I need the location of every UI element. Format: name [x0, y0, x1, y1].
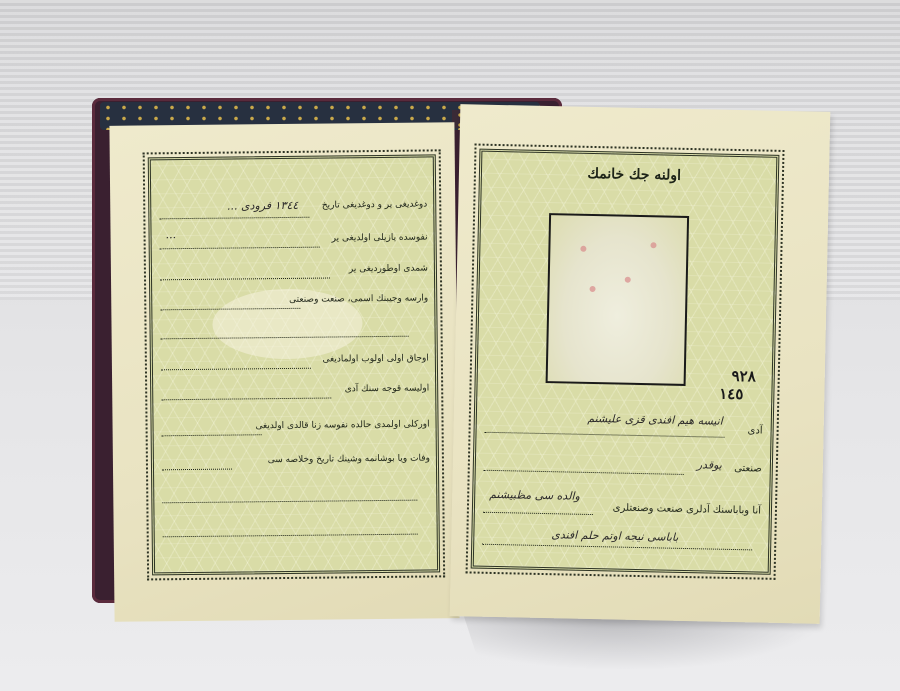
field-value-mother: والده سی مظبیشنم	[489, 488, 580, 503]
field-dotline	[163, 534, 418, 538]
field-dotline	[484, 470, 684, 475]
field-dotline	[162, 469, 232, 471]
serial-number-top: ٩٢٨	[731, 367, 756, 386]
field-value-registry: ...	[165, 228, 176, 241]
field-label-registry: نفوسده یازیلی اولدیغی یر	[332, 232, 428, 243]
left-page: دوغدیغی یر و دوغدیغی تاریخ ١٣٤٤ فرودی ..…	[109, 122, 459, 622]
serial-number-bottom: ١٤٥	[719, 385, 744, 404]
field-label-birthplace: دوغدیغی یر و دوغدیغی تاریخ	[322, 199, 428, 210]
field-value-birthplace: ١٣٤٤ فرودی ...	[227, 199, 298, 213]
field-dotline	[162, 434, 262, 436]
field-value-father: باباسی نیجه اوتم حلم افندی	[551, 528, 678, 544]
field-dotline	[161, 398, 331, 401]
field-dotline	[161, 368, 311, 371]
field-label-household: اوجاق اولی اولوب اولمادیغی	[322, 353, 429, 364]
field-label-name: آدی	[747, 425, 762, 436]
field-dotline	[159, 217, 309, 220]
field-value-occupation: یوقدر	[697, 458, 722, 472]
field-label-remarriage: اوركلی اولمدی حالده نفوسه زنا قالدی اولد…	[255, 419, 429, 431]
red-stamp-mark	[625, 277, 631, 283]
right-guilloche-panel: اولنه جك خانمك ٩٢٨ ١٤٥ آدی انیسه هیم افن…	[471, 149, 780, 575]
page-title: اولنه جك خانمك	[587, 166, 681, 184]
red-stamp-mark	[589, 286, 595, 292]
field-label-residence: شمدی اوطوردیغی یر	[349, 263, 428, 274]
right-page: اولنه جك خانمك ٩٢٨ ١٤٥ آدی انیسه هیم افن…	[450, 104, 831, 624]
field-dotline	[162, 500, 417, 504]
field-dotline	[485, 432, 725, 438]
left-guilloche-panel: دوغدیغی یر و دوغدیغی تاریخ ١٣٤٤ فرودی ..…	[148, 154, 440, 575]
field-value-name: انیسه هیم افندی قزی علیشنم	[587, 412, 723, 428]
field-label-husband: اولیسه قوجه سنك آدی	[345, 383, 430, 394]
field-dotline	[160, 247, 320, 250]
field-dotline	[483, 512, 593, 515]
field-label-occupation: صنعتی	[734, 463, 762, 475]
field-dotline	[160, 278, 330, 281]
field-dotline	[482, 544, 752, 551]
red-stamp-mark	[580, 246, 586, 252]
field-label-death-divorce: وفات ویا بوشانمه وشینك تاریخ وخلاصه سی	[268, 453, 430, 465]
field-label-spouse: وارسه وجیبنك اسمی، صنعت وصنعتی	[289, 293, 428, 304]
field-label-parents: آنا وباباسنك آدلری صنعت وصنعتلری	[613, 502, 761, 516]
red-stamp-mark	[650, 242, 656, 248]
photo-frame	[546, 213, 690, 386]
